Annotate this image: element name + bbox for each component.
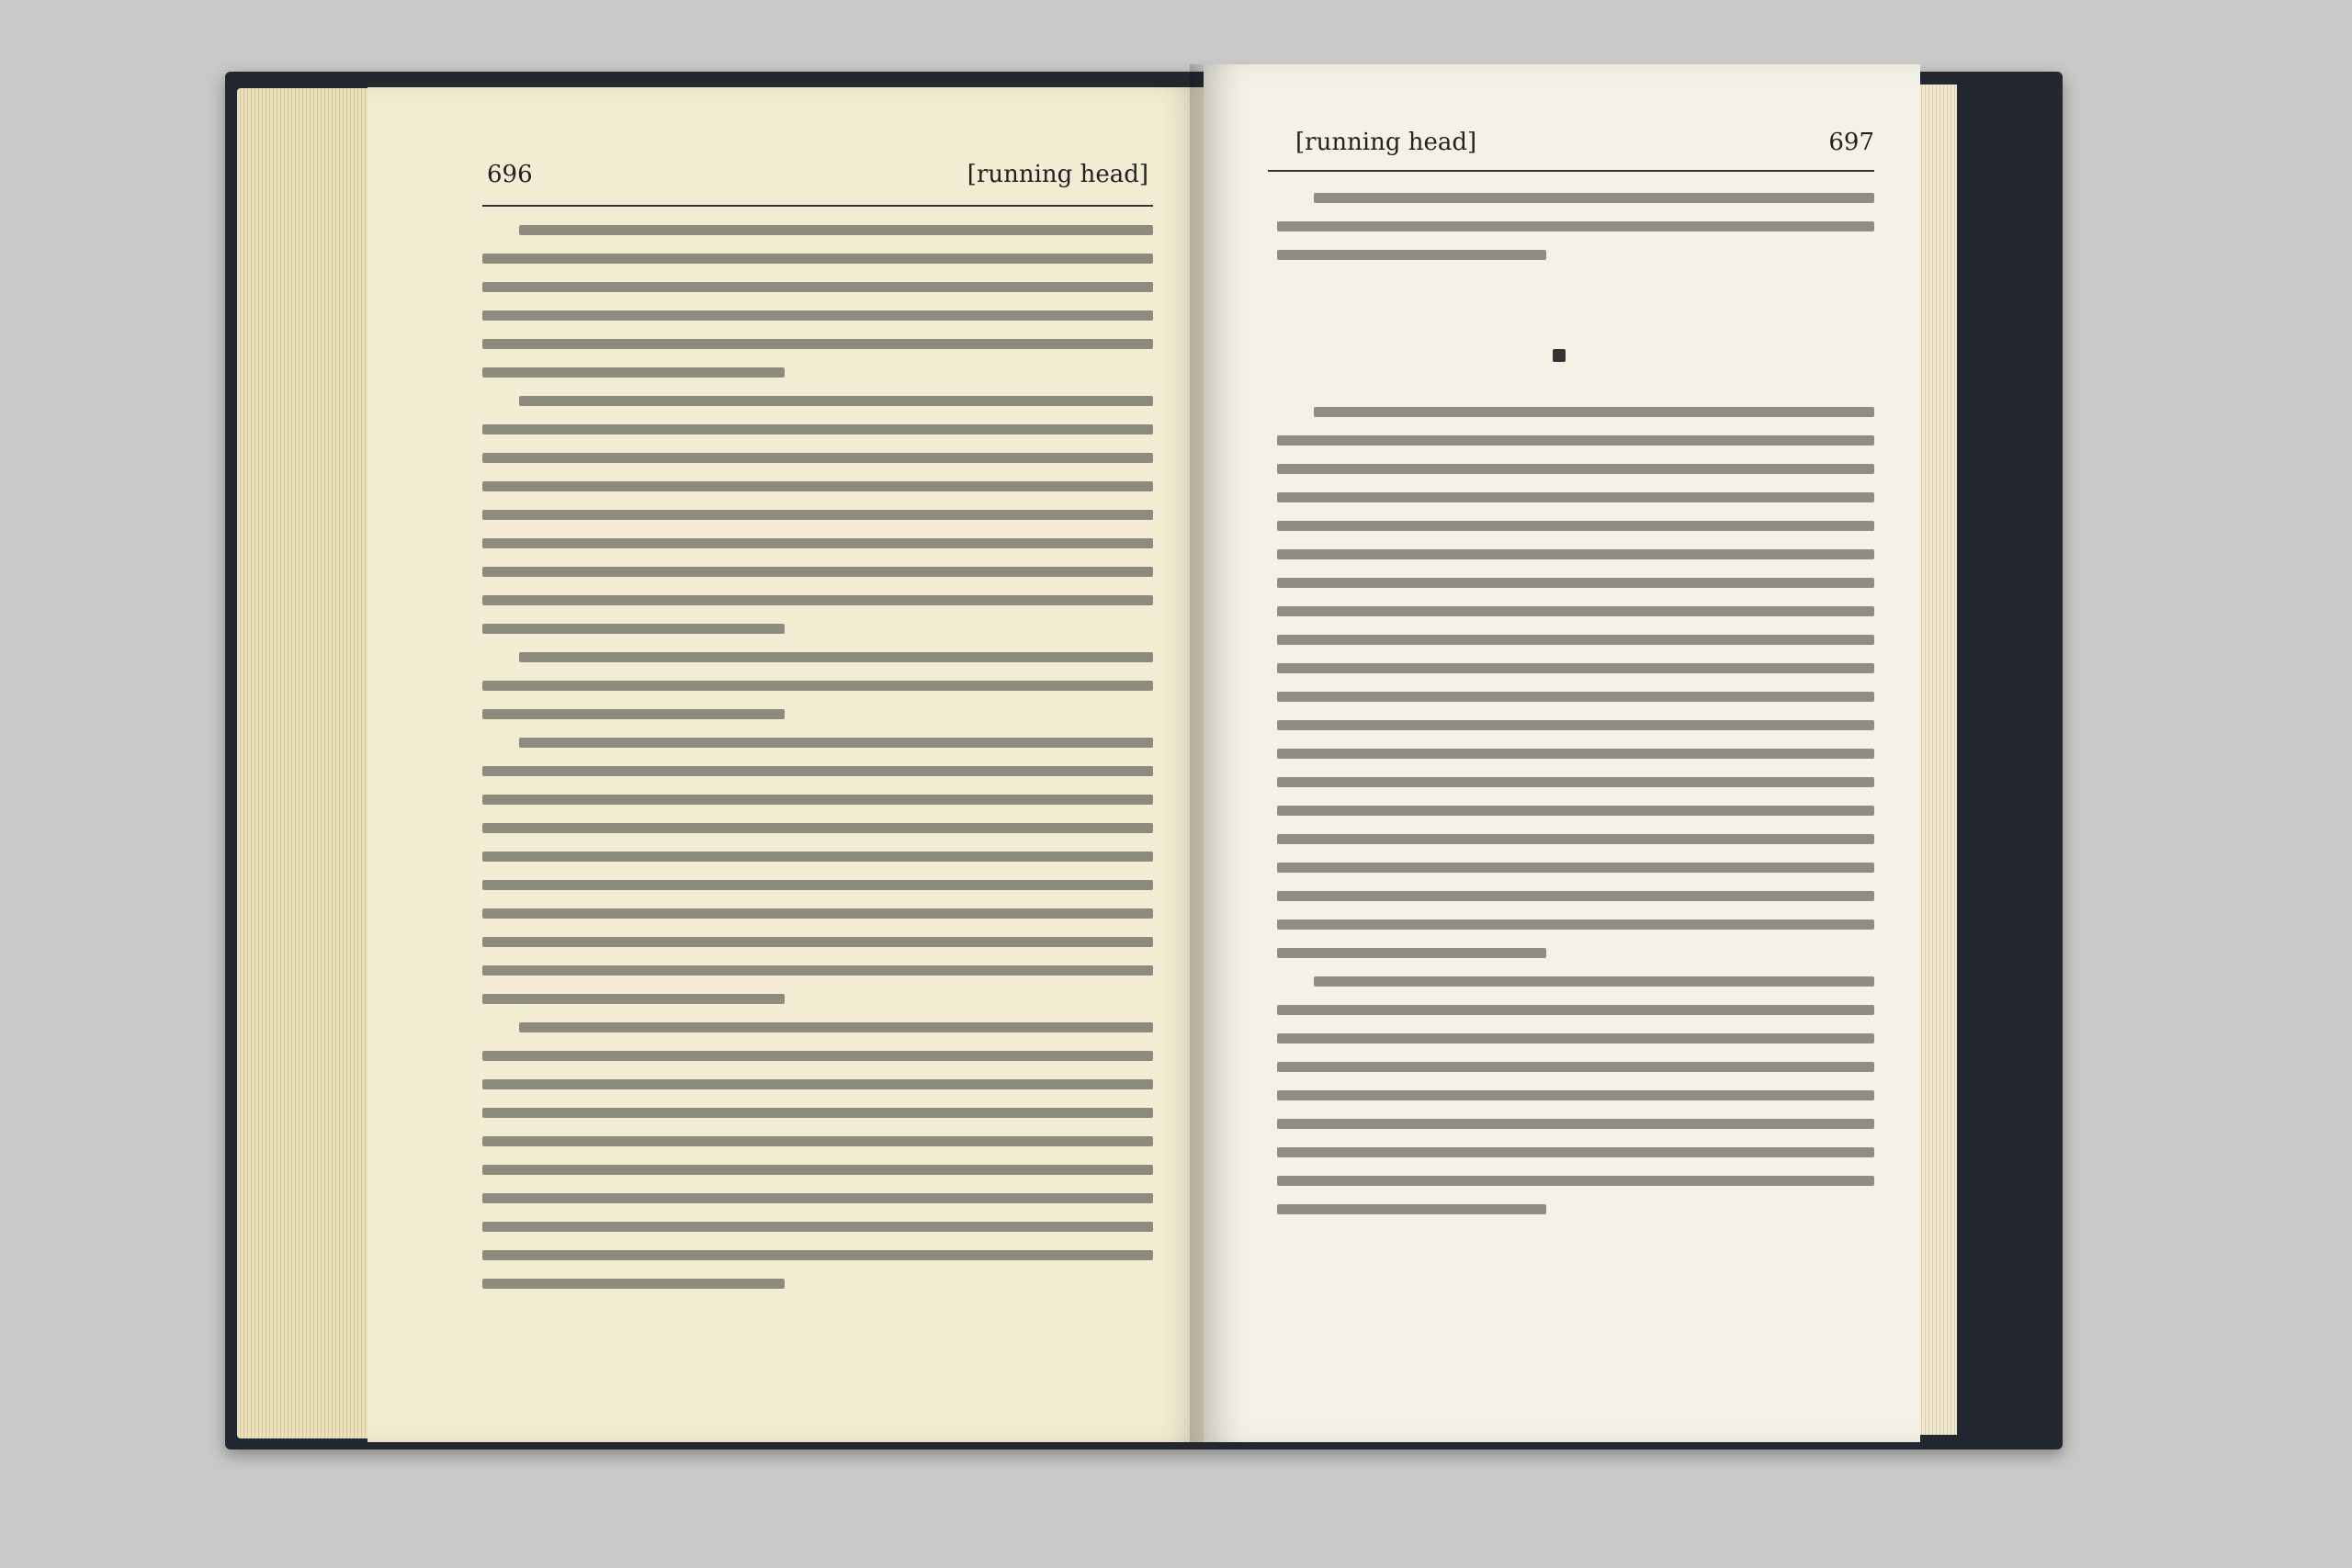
- text-line-placeholder: [1277, 492, 1874, 502]
- right-running-head: [running head] 697: [1295, 129, 1874, 156]
- right-page: [running head] 697: [1204, 64, 1920, 1442]
- text-line-placeholder: [482, 1279, 785, 1289]
- text-line-placeholder: [1277, 948, 1546, 958]
- text-line-placeholder: [482, 424, 1153, 434]
- text-line-placeholder: [482, 709, 785, 719]
- text-line-placeholder: [482, 595, 1153, 605]
- text-line-placeholder: [482, 453, 1153, 463]
- text-line-placeholder: [1314, 407, 1874, 417]
- text-line-placeholder: [482, 481, 1153, 491]
- text-line-placeholder: [482, 795, 1153, 805]
- text-line-placeholder: [482, 1250, 1153, 1260]
- text-line-placeholder: [1277, 578, 1874, 588]
- text-line-placeholder: [1277, 663, 1874, 673]
- text-line-placeholder: [482, 1136, 1153, 1146]
- text-line-placeholder: [1277, 549, 1874, 559]
- text-line-placeholder: [1277, 521, 1874, 531]
- text-line-placeholder: [482, 908, 1153, 919]
- page-edges-left: [237, 88, 375, 1438]
- page-number: 697: [1828, 129, 1874, 156]
- text-block: [482, 225, 1153, 1307]
- text-line-placeholder: [482, 823, 1153, 833]
- running-head-title: [running head]: [1295, 129, 1476, 156]
- text-line-placeholder: [1277, 1090, 1874, 1100]
- text-line-placeholder: [482, 254, 1153, 264]
- text-line-placeholder: [482, 282, 1153, 292]
- text-line-placeholder: [1277, 919, 1874, 930]
- text-line-placeholder: [1277, 606, 1874, 616]
- text-line-placeholder: [1277, 749, 1874, 759]
- text-line-placeholder: [519, 396, 1153, 406]
- text-line-placeholder: [1277, 435, 1874, 446]
- text-line-placeholder: [1277, 1033, 1874, 1043]
- text-line-placeholder: [482, 766, 1153, 776]
- text-line-placeholder: [1314, 976, 1874, 987]
- text-line-placeholder: [482, 538, 1153, 548]
- text-line-placeholder: [482, 880, 1153, 890]
- text-line-placeholder: [1277, 1176, 1874, 1186]
- text-line-placeholder: [482, 310, 1153, 321]
- text-line-placeholder: [482, 965, 1153, 976]
- running-head-title: [running head]: [967, 161, 1148, 188]
- text-line-placeholder: [1277, 834, 1874, 844]
- text-line-placeholder: [519, 225, 1153, 235]
- left-page: 696 [running head]: [367, 87, 1204, 1442]
- text-line-placeholder: [1277, 806, 1874, 816]
- header-rule: [482, 205, 1153, 207]
- text-line-placeholder: [1277, 635, 1874, 645]
- text-line-placeholder: [519, 652, 1153, 662]
- text-line-placeholder: [482, 937, 1153, 947]
- text-line-placeholder: [1277, 720, 1874, 730]
- text-line-placeholder: [482, 1165, 1153, 1175]
- left-running-head: 696 [running head]: [487, 161, 1148, 188]
- text-line-placeholder: [482, 510, 1153, 520]
- page-number: 696: [487, 161, 533, 188]
- text-line-placeholder: [482, 339, 1153, 349]
- text-line-placeholder: [482, 1108, 1153, 1118]
- text-line-placeholder: [519, 1022, 1153, 1032]
- text-line-placeholder: [482, 994, 785, 1004]
- text-line-placeholder: [1277, 464, 1874, 474]
- text-line-placeholder: [482, 852, 1153, 862]
- text-line-placeholder: [1314, 193, 1874, 203]
- header-rule: [1268, 170, 1874, 172]
- text-line-placeholder: [482, 1222, 1153, 1232]
- text-block: [1277, 193, 1874, 1233]
- text-line-placeholder: [1277, 221, 1874, 231]
- text-line-placeholder: [1277, 1147, 1874, 1157]
- text-line-placeholder: [482, 567, 1153, 577]
- text-line-placeholder: [1277, 1062, 1874, 1072]
- text-line-placeholder: [482, 1193, 1153, 1203]
- text-line-placeholder: [482, 1051, 1153, 1061]
- text-line-placeholder: [1277, 863, 1874, 873]
- text-line-placeholder: [519, 738, 1153, 748]
- text-line-placeholder: [482, 624, 785, 634]
- text-line-placeholder: [1277, 891, 1874, 901]
- text-line-placeholder: [482, 367, 785, 378]
- text-line-placeholder: [482, 681, 1153, 691]
- text-line-placeholder: [1277, 1119, 1874, 1129]
- text-line-placeholder: [1277, 777, 1874, 787]
- text-line-placeholder: [482, 1079, 1153, 1089]
- text-line-placeholder: [1277, 1204, 1546, 1214]
- text-line-placeholder: [1277, 250, 1546, 260]
- text-line-placeholder: [1277, 1005, 1874, 1015]
- text-line-placeholder: [1277, 692, 1874, 702]
